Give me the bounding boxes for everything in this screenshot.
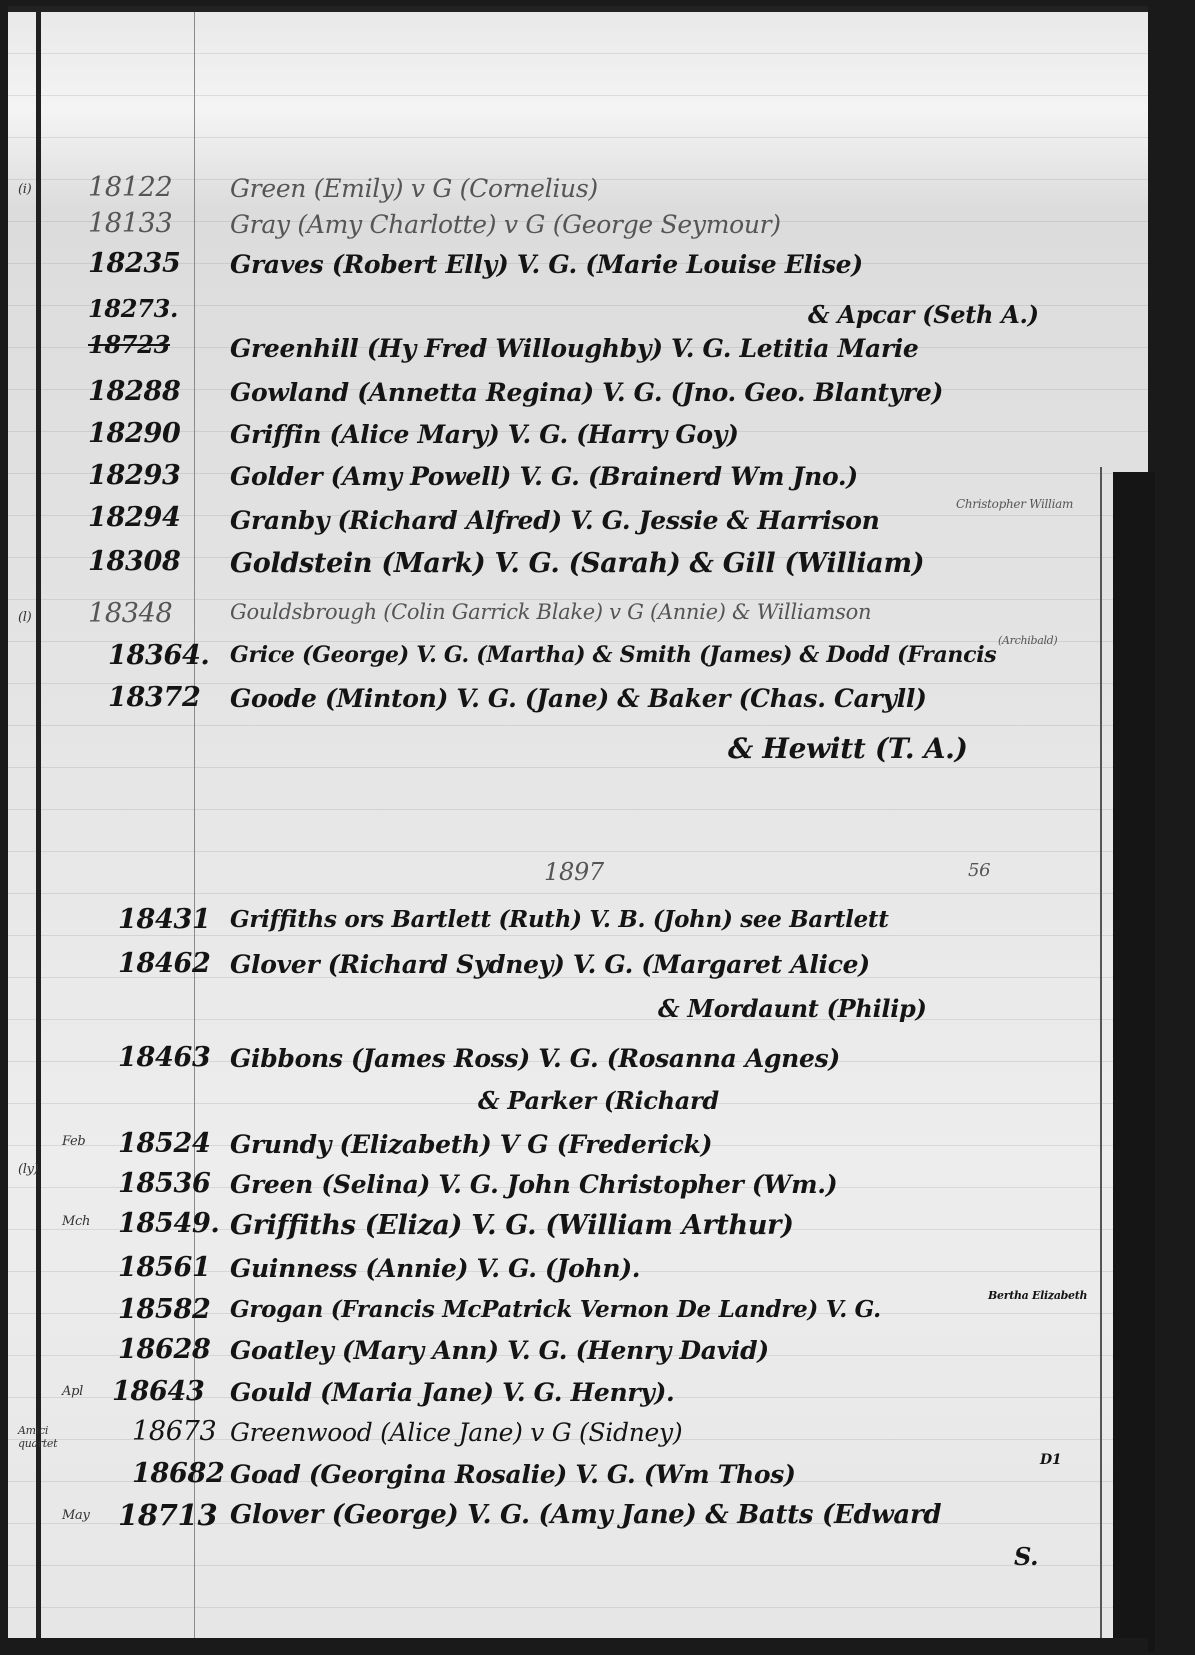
entry-number: 18643: [112, 1376, 204, 1407]
entry-text: Gray (Amy Charlotte) v G (George Seymour…: [230, 210, 781, 239]
entry-number: 18293: [88, 460, 180, 491]
entry-text: Golder (Amy Powell) V. G. (Brainerd Wm J…: [230, 462, 858, 491]
entry-number: 18628: [118, 1334, 210, 1365]
margin-note: (i): [18, 182, 31, 197]
entry-text: Guinness (Annie) V. G. (John).: [230, 1254, 640, 1283]
entry-text: Goatley (Mary Ann) V. G. (Henry David): [230, 1336, 769, 1365]
entry-number: 18288: [88, 376, 180, 407]
entry-text: Griffiths ors Bartlett (Ruth) V. B. (Joh…: [230, 906, 889, 933]
margin-month: Apl: [62, 1384, 83, 1399]
entry-number: 18308: [88, 546, 180, 577]
year-heading: 1897: [544, 858, 604, 886]
margin-note: Amici quartet: [18, 1424, 48, 1450]
entry-number: 18372: [108, 682, 200, 713]
entry-text: Glover (Richard Sydney) V. G. (Margaret …: [230, 950, 870, 979]
entry-continuation: S.: [1014, 1542, 1038, 1571]
entry-text: Greenwood (Alice Jane) v G (Sidney): [230, 1418, 682, 1447]
entry-number: 18582: [118, 1294, 210, 1325]
entry-text: Gowland (Annetta Regina) V. G. (Jno. Geo…: [230, 378, 943, 407]
entry-text: Gibbons (James Ross) V. G. (Rosanna Agne…: [230, 1044, 840, 1073]
entry-text: Goode (Minton) V. G. (Jane) & Baker (Cha…: [230, 684, 927, 713]
entry-text: Green (Emily) v G (Cornelius): [230, 174, 598, 203]
entry-text: Granby (Richard Alfred) V. G. Jessie & H…: [230, 506, 879, 535]
entry-number: 18463: [118, 1042, 210, 1073]
entry-text: Gould (Maria Jane) V. G. Henry).: [230, 1378, 674, 1407]
entry-number: 18713: [118, 1498, 217, 1532]
entry-text: Graves (Robert Elly) V. G. (Marie Louise…: [230, 250, 863, 279]
entry-number: 18673: [132, 1416, 216, 1447]
entry-number: 18294: [88, 502, 180, 533]
entry-number: 18273.: [88, 294, 178, 323]
entry-continuation: & Hewitt (T. A.): [728, 732, 968, 765]
margin-month: Feb: [62, 1134, 85, 1149]
entry-text: Green (Selina) V. G. John Christopher (W…: [230, 1170, 837, 1199]
corner-mark: 56: [968, 860, 990, 881]
entry-number: 18723: [88, 330, 170, 359]
entry-text: Grogan (Francis McPatrick Vernon De Land…: [230, 1296, 881, 1323]
entry-text: Goad (Georgina Rosalie) V. G. (Wm Thos): [230, 1460, 796, 1489]
entry-number: 18235: [88, 248, 180, 279]
margin-month: Mch: [62, 1214, 90, 1229]
entry-number: 18290: [88, 418, 180, 449]
entry-number: 18348: [88, 598, 172, 629]
entry-number: 18431: [118, 904, 210, 935]
entry-superscript: D1: [1040, 1452, 1061, 1468]
entry-text: Griffiths (Eliza) V. G. (William Arthur): [230, 1210, 794, 1241]
entry-continuation: & Mordaunt (Philip): [658, 994, 927, 1023]
page-edge-shadow: [1113, 472, 1155, 1652]
entry-continuation: & Parker (Richard: [478, 1086, 719, 1115]
entry-number: 18549.: [118, 1208, 220, 1239]
entry-text: Glover (George) V. G. (Amy Jane) & Batts…: [230, 1500, 941, 1530]
entry-number: 18682: [132, 1458, 224, 1489]
entry-superscript: (Archibald): [998, 634, 1057, 647]
entry-text: Grundy (Elizabeth) V G (Frederick): [230, 1130, 712, 1159]
left-margin-rule: [36, 12, 41, 1652]
ledger-page: (i) (l) (ly) Amici quartet 18122 Green (…: [8, 6, 1148, 1652]
entry-text: Greenhill (Hy Fred Willoughby) V. G. Let…: [230, 334, 919, 363]
entry-number: 18536: [118, 1168, 210, 1199]
entry-superscript: Bertha Elizabeth: [988, 1290, 1088, 1302]
right-margin-rule: [1100, 467, 1102, 1642]
page-bottom-shadow: [8, 1638, 1148, 1652]
entry-text: Grice (George) V. G. (Martha) & Smith (J…: [230, 642, 996, 668]
entry-number: 18524: [118, 1128, 210, 1159]
entry-number: 18462: [118, 948, 210, 979]
entry-number: 18122: [88, 172, 172, 203]
entry-number: 18561: [118, 1252, 210, 1283]
margin-note: (ly): [18, 1162, 38, 1177]
margin-month: May: [62, 1508, 90, 1523]
margin-note: (l): [18, 610, 31, 625]
entry-text: Gouldsbrough (Colin Garrick Blake) v G (…: [230, 600, 871, 624]
entry-number: 18364.: [108, 640, 210, 671]
entry-text: Goldstein (Mark) V. G. (Sarah) & Gill (W…: [230, 548, 924, 579]
entry-superscript: Christopher William: [956, 498, 1076, 511]
entry-text: Griffin (Alice Mary) V. G. (Harry Goy): [230, 420, 739, 449]
entry-number: 18133: [88, 208, 172, 239]
entry-continuation: & Apcar (Seth A.): [808, 300, 1039, 329]
